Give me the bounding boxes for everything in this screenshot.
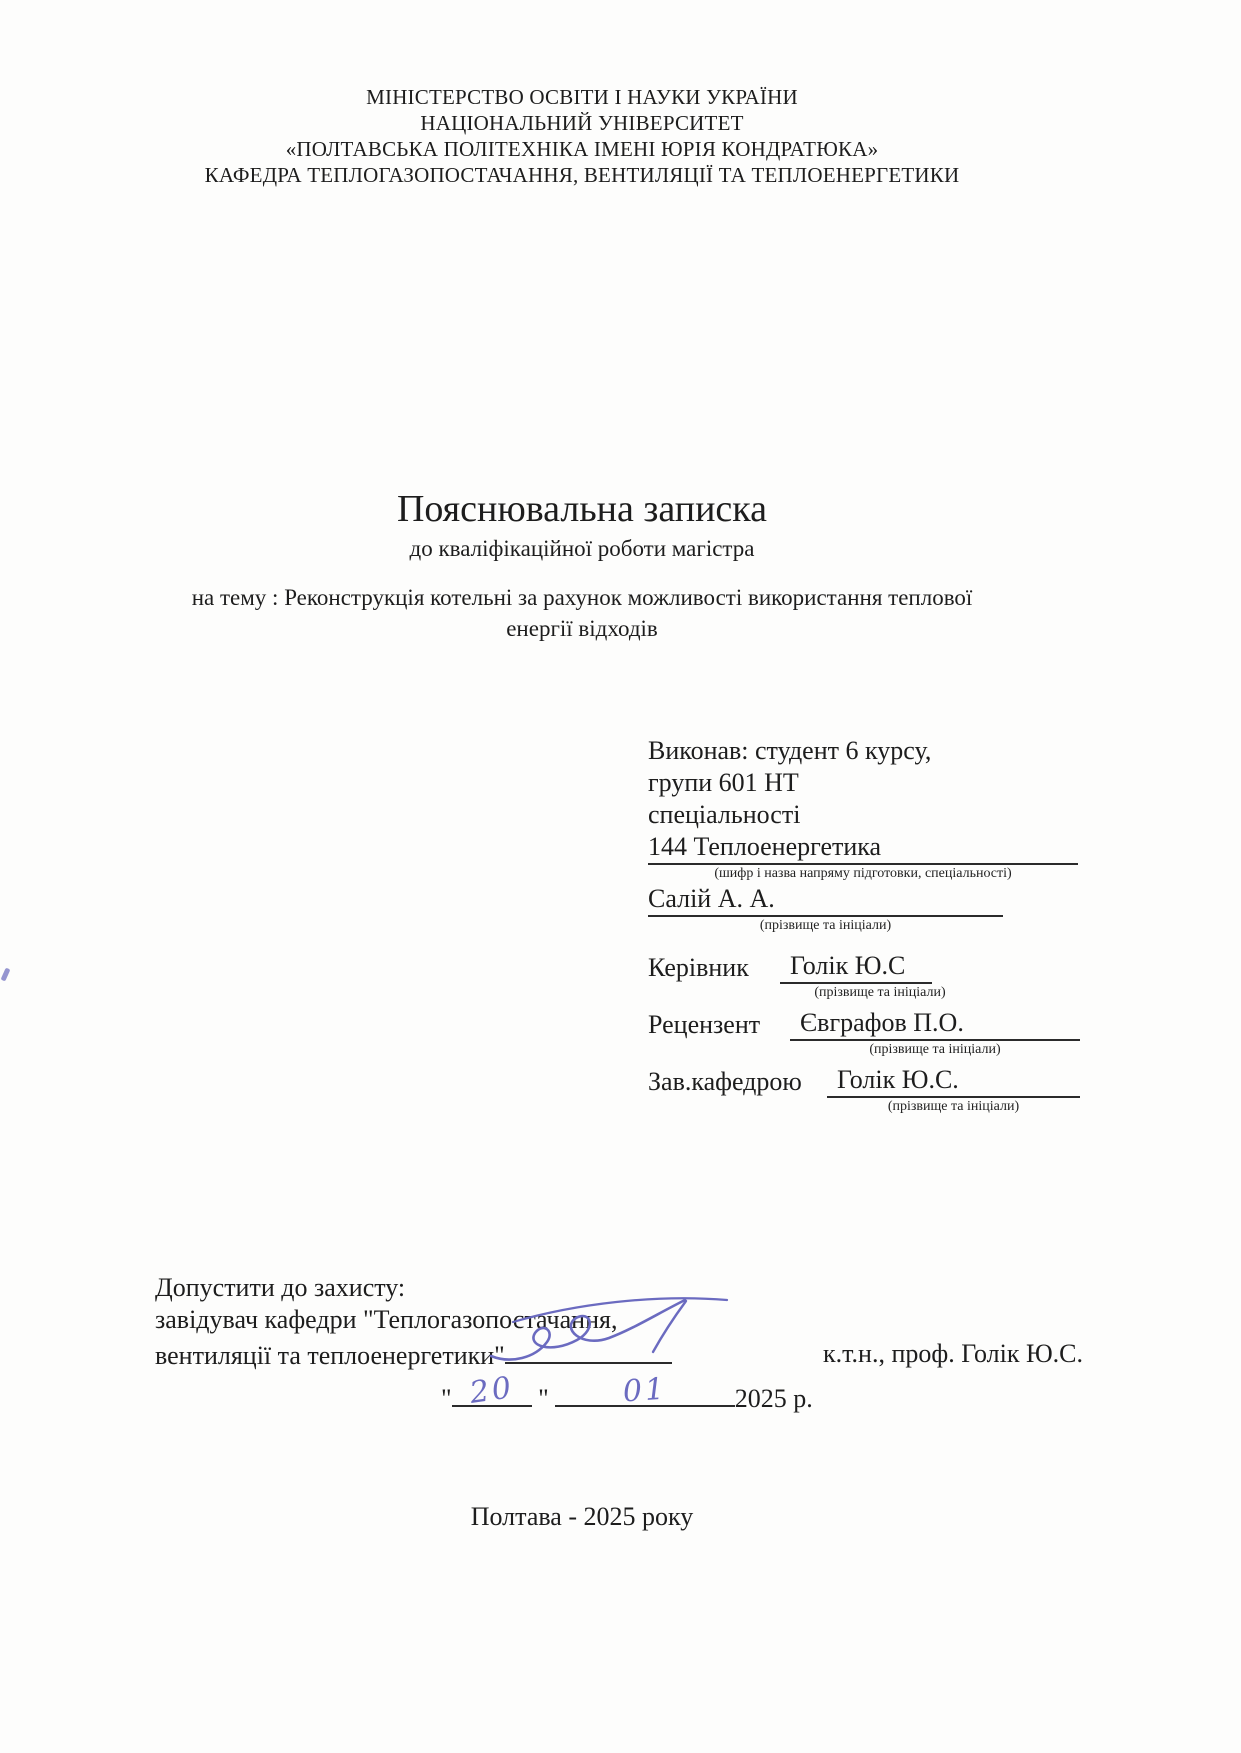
department-head-row: Зав.кафедрою Голік Ю.С.	[648, 1064, 1080, 1098]
thesis-theme: на тему : Реконструкція котельні за раху…	[0, 582, 1164, 644]
department-head-caption: (прізвище та ініціали)	[827, 1098, 1080, 1115]
admission-line-3-left: вентиляції та теплоенергетики"	[155, 1341, 505, 1370]
specialty-caption: (шифр і назва напряму підготовки, спеціа…	[648, 865, 1078, 882]
city-year-footer: Полтава - 2025 року	[0, 1502, 1164, 1532]
executor-line-2: групи 601 НТ	[648, 767, 1078, 799]
department-head-name-field: Голік Ю.С.	[827, 1064, 1080, 1098]
date-year-suffix: 2025 р.	[735, 1384, 813, 1413]
university-line: НАЦІОНАЛЬНИЙ УНІВЕРСИТЕТ	[0, 110, 1164, 136]
theme-line-1: на тему : Реконструкція котельні за раху…	[0, 582, 1164, 613]
student-name-caption: (прізвище та ініціали)	[648, 917, 1003, 934]
handwritten-day: 20	[468, 1372, 516, 1410]
admission-line-3-right: к.т.н., проф. Голік Ю.С.	[823, 1338, 1083, 1370]
reviewer-caption: (прізвище та ініціали)	[790, 1041, 1080, 1058]
executor-line-1: Виконав: студент 6 курсу,	[648, 735, 1078, 767]
date-open-quote: "	[441, 1384, 452, 1413]
supervisor-caption: (прізвище та ініціали)	[780, 984, 980, 1001]
student-name-field: Салій А. А.	[648, 883, 1003, 917]
supervisor-label: Керівник	[648, 952, 780, 984]
signature-line	[505, 1336, 672, 1364]
date-month-field: 01	[555, 1379, 735, 1407]
handwritten-month: 01	[622, 1373, 668, 1408]
reviewer-label: Рецензент	[648, 1009, 790, 1041]
department-line: КАФЕДРА ТЕПЛОГАЗОПОСТАЧАННЯ, ВЕНТИЛЯЦІЇ …	[0, 162, 1164, 188]
roles-block: Керівник Голік Ю.С (прізвище та ініціали…	[648, 950, 1080, 1121]
date-close-quote: "	[538, 1384, 549, 1413]
university-name-line: «ПОЛТАВСЬКА ПОЛІТЕХНІКА ІМЕНІ ЮРІЯ КОНДР…	[0, 136, 1164, 162]
date-line: "20 "012025 р.	[441, 1379, 1165, 1419]
executor-line-3: спеціальності	[648, 799, 1078, 831]
reviewer-row: Рецензент Євграфов П.О.	[648, 1007, 1080, 1041]
supervisor-row: Керівник Голік Ю.С	[648, 950, 1080, 984]
admission-line-1: Допустити до захисту:	[155, 1272, 1165, 1304]
title-block: Пояснювальна записка до кваліфікаційної …	[0, 487, 1164, 563]
specialty-field: 144 Теплоенергетика	[648, 831, 1078, 865]
executor-block: Виконав: студент 6 курсу, групи 601 НТ с…	[648, 735, 1078, 934]
supervisor-name-field: Голік Ю.С	[780, 950, 932, 984]
ministry-line: МІНІСТЕРСТВО ОСВІТИ І НАУКИ УКРАЇНИ	[0, 84, 1164, 110]
document-subtitle: до кваліфікаційної роботи магістра	[0, 535, 1164, 563]
document-title: Пояснювальна записка	[0, 487, 1164, 531]
document-page: МІНІСТЕРСТВО ОСВІТИ І НАУКИ УКРАЇНИ НАЦІ…	[0, 0, 1241, 1753]
reviewer-name-field: Євграфов П.О.	[790, 1007, 1080, 1041]
admission-block: Допустити до захисту: завідувач кафедри …	[155, 1272, 1165, 1419]
admission-line-3: вентиляції та теплоенергетики" к.т.н., п…	[155, 1336, 1165, 1369]
department-head-label: Зав.кафедрою	[648, 1066, 827, 1098]
university-header: МІНІСТЕРСТВО ОСВІТИ І НАУКИ УКРАЇНИ НАЦІ…	[0, 84, 1164, 188]
date-day-field: 20	[452, 1379, 532, 1407]
admission-line-2: завідувач кафедри "Теплогазопостачання,	[155, 1304, 1165, 1336]
ink-speck	[1, 968, 11, 982]
theme-line-2: енергії відходів	[0, 613, 1164, 644]
